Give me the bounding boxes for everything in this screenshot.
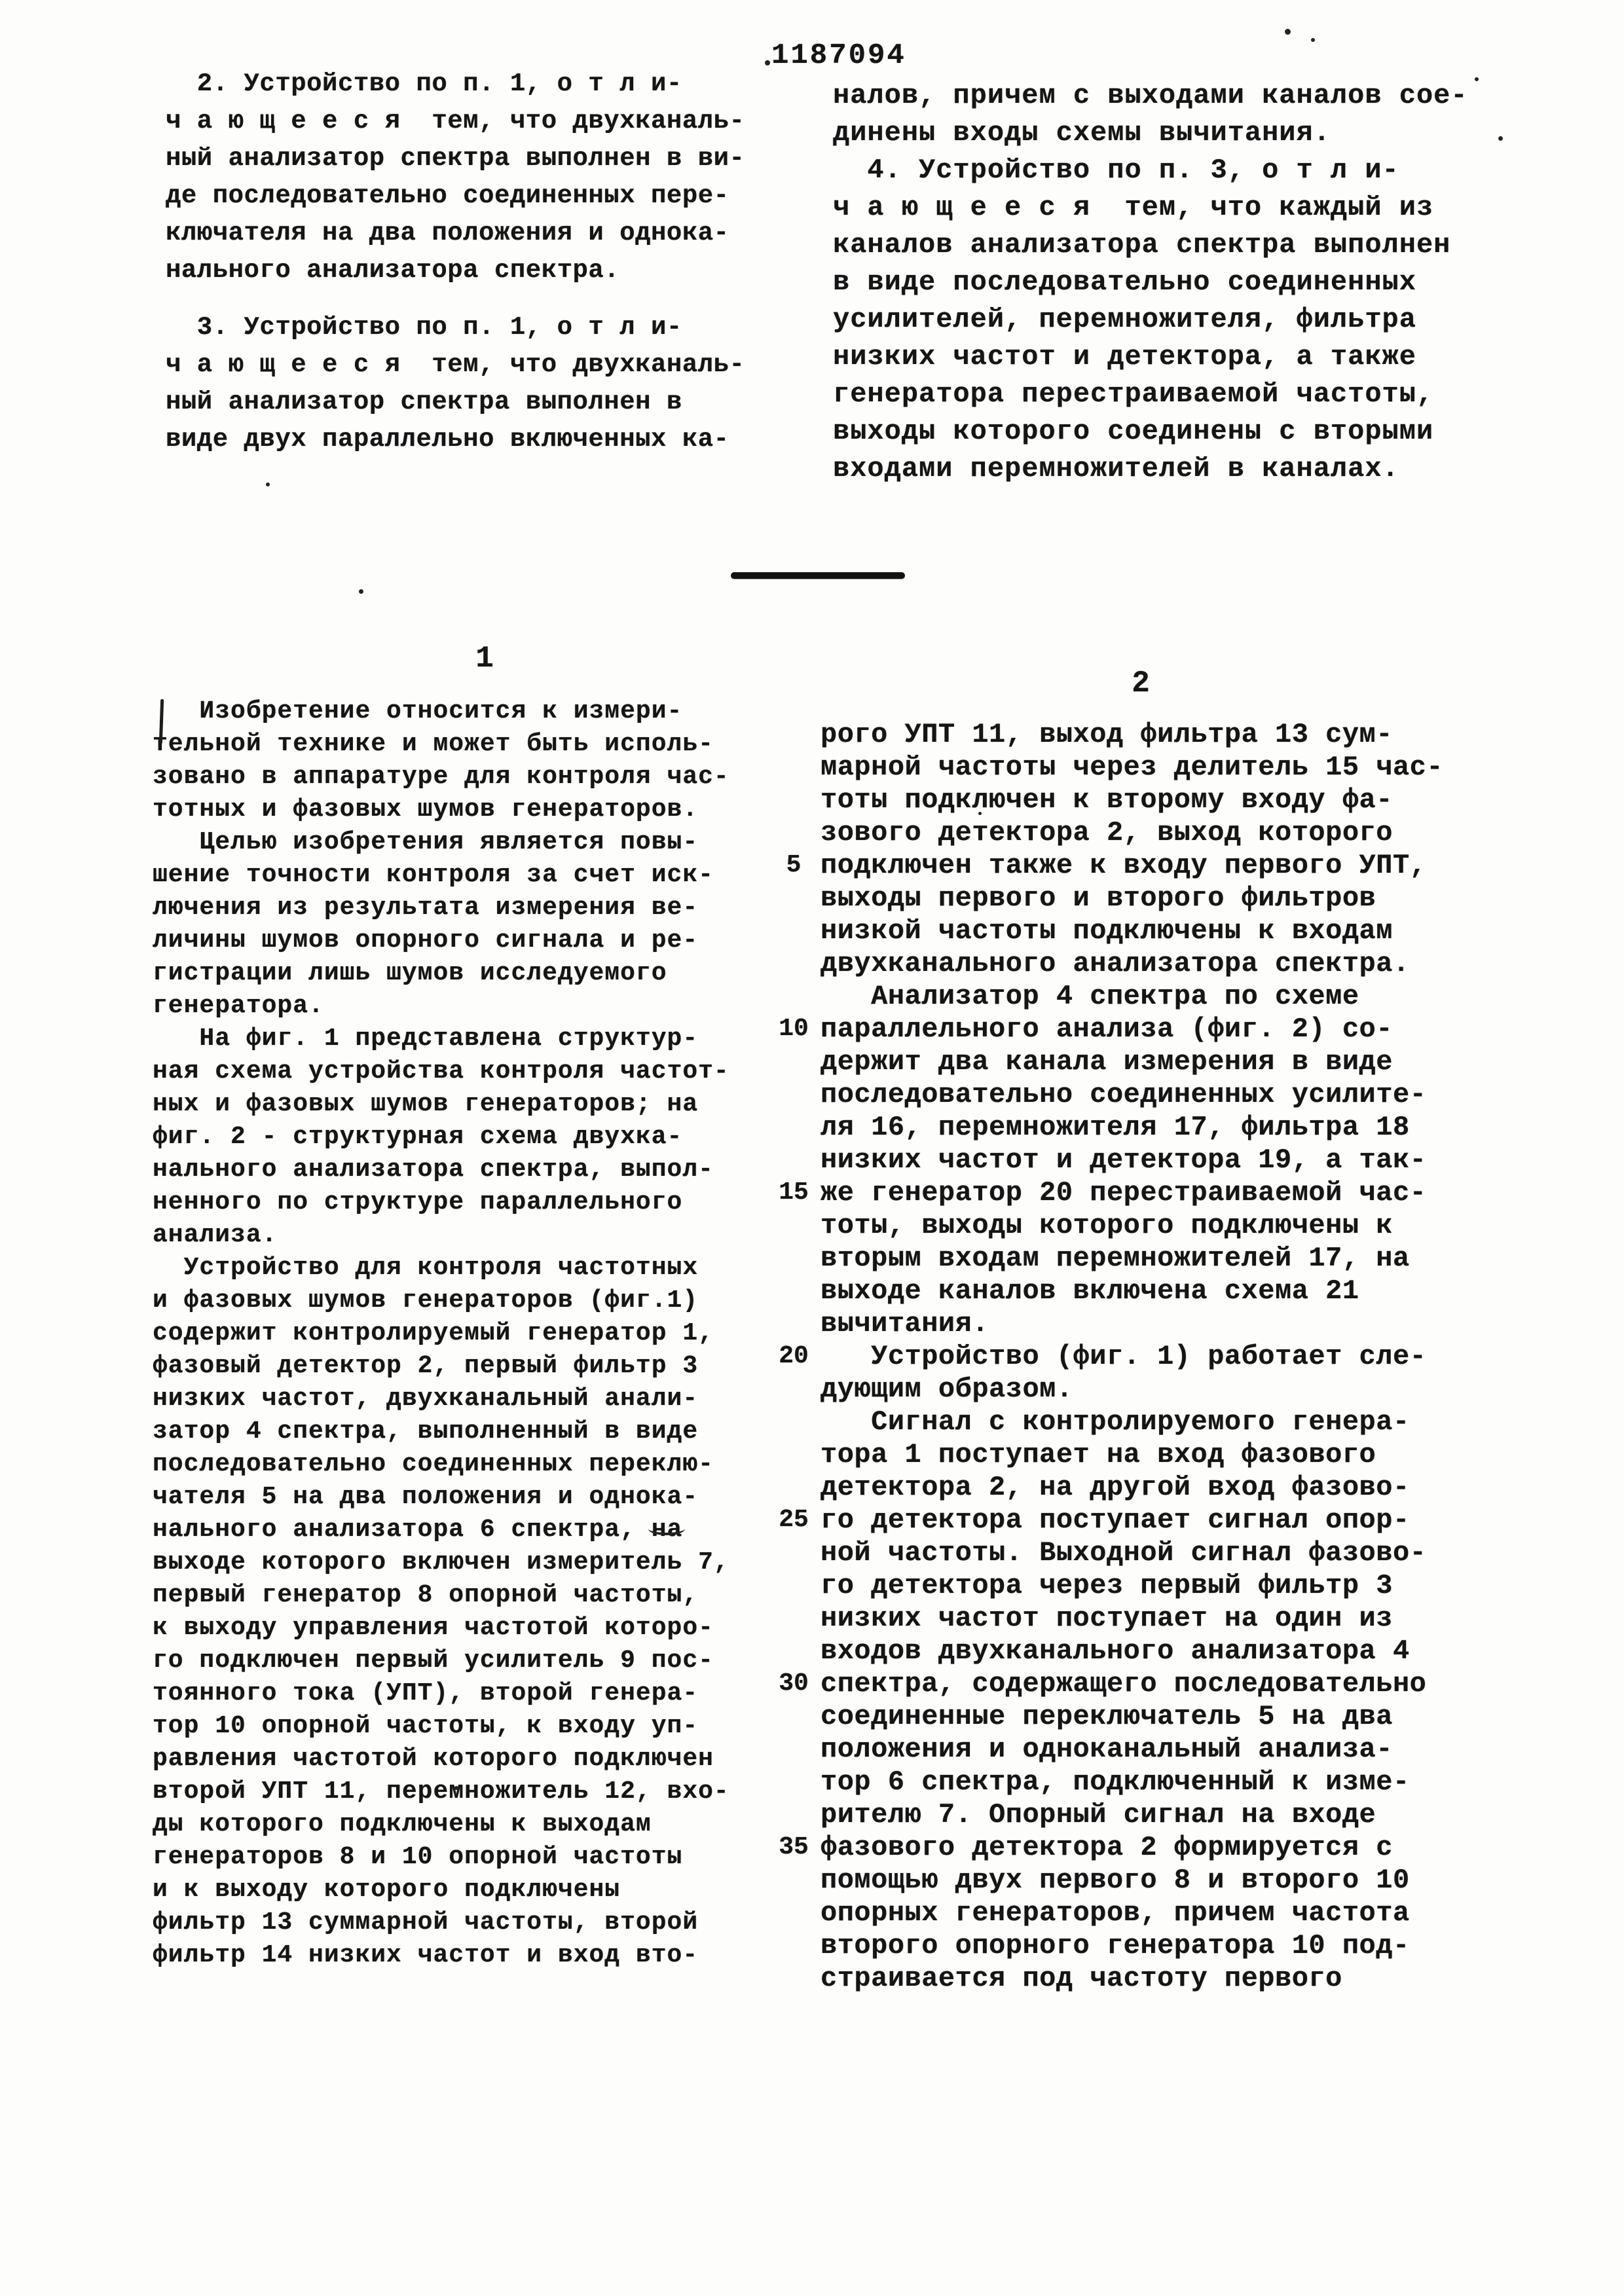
gutter-number: 5 bbox=[761, 850, 826, 881]
gutter-number: 15 bbox=[761, 1177, 826, 1209]
text-line: фазовый детектор 2, первый фильтр 3 bbox=[153, 1350, 762, 1383]
description-right-column: рого УПТ 11, выход фильтра 13 сум-марной… bbox=[821, 718, 1475, 1995]
ink-speck bbox=[978, 812, 982, 815]
text-line: тоты, выходы которого подключены к bbox=[821, 1209, 1475, 1242]
text-line: налов, причем с выходами каналов сое- bbox=[833, 77, 1481, 115]
text-line: страивается под частоту первого bbox=[821, 1962, 1475, 1995]
ink-speck bbox=[1475, 77, 1479, 81]
text-line: низких частот поступает на один из bbox=[821, 1602, 1475, 1635]
text-line: ля 16, перемножителя 17, фильтра 18 bbox=[821, 1111, 1475, 1144]
text-line: дующим образом. bbox=[821, 1373, 1475, 1406]
text-line: к выходу управления частотой которо- bbox=[153, 1612, 762, 1645]
text-line: низких частот и детектора 19, а так- bbox=[821, 1144, 1475, 1176]
text-line: тор 6 спектра, подключенный к изме- bbox=[821, 1766, 1475, 1798]
text-line: затор 4 спектра, выполненный в виде bbox=[153, 1415, 762, 1448]
text-line: ной частоты. Выходной сигнал фазово- bbox=[821, 1537, 1475, 1569]
text-line: го детектора поступает сигнал опор- bbox=[821, 1504, 1475, 1537]
text-line: фильтр 14 низких частот и вход вто- bbox=[153, 1939, 762, 1972]
text-line: Целью изобретения является повы- bbox=[153, 826, 762, 859]
text-line: Анализатор 4 спектра по схеме bbox=[821, 980, 1475, 1013]
text-line: зовано в аппаратуре для контроля час- bbox=[153, 761, 762, 793]
text-line: низких частот, двухканальный анали- bbox=[153, 1383, 762, 1415]
text-line: детектора 2, на другой вход фазово- bbox=[821, 1471, 1475, 1504]
text-line: го подключен первый усилитель 9 пос- bbox=[153, 1645, 762, 1677]
ink-speck bbox=[266, 483, 270, 486]
text-line: шение точности контроля за счет иск- bbox=[153, 859, 762, 892]
gutter-number: 10 bbox=[761, 1013, 826, 1045]
patent-number: 1187094 bbox=[771, 39, 906, 72]
text-line: зового детектора 2, выход которого bbox=[821, 816, 1475, 849]
text-line: вторым входам перемножителей 17, на bbox=[821, 1242, 1475, 1275]
description-left-column: Изобретение относится к измери-тельной т… bbox=[153, 695, 762, 1972]
text-line: второй УПТ 11, перемножитель 12, вхо- bbox=[153, 1776, 762, 1808]
text-line: опорных генераторов, причем частота bbox=[821, 1897, 1475, 1929]
text-line: нального анализатора спектра. bbox=[166, 252, 775, 289]
text-line bbox=[166, 289, 775, 309]
text-line: соединенные переключатель 5 на два bbox=[821, 1700, 1475, 1733]
text-line: Устройство (фиг. 1) работает сле- bbox=[821, 1340, 1475, 1373]
text-line: положения и одноканальный анализа- bbox=[821, 1733, 1475, 1766]
text-line: выходы первого и второго фильтров bbox=[821, 882, 1475, 915]
text-line: держит два канала измерения в виде bbox=[821, 1046, 1475, 1078]
text-line: тотных и фазовых шумов генераторов. bbox=[153, 793, 762, 826]
text-line: ный анализатор спектра выполнен в ви- bbox=[166, 140, 775, 177]
text-line: генератора. bbox=[153, 990, 762, 1023]
text-line: На фиг. 1 представлена структур- bbox=[153, 1023, 762, 1055]
text-line: ч а ю щ е е с я тем, что каждый из bbox=[833, 189, 1481, 227]
text-line: равления частотой которого подключен bbox=[153, 1743, 762, 1776]
text-line: гистрации лишь шумов исследуемого bbox=[153, 957, 762, 990]
text-line: анализа. bbox=[153, 1219, 762, 1252]
text-line: входов двухканального анализатора 4 bbox=[821, 1635, 1475, 1667]
ink-speck bbox=[359, 589, 363, 594]
text-line: марной частоты через делитель 15 час- bbox=[821, 751, 1475, 784]
handwritten-mark bbox=[648, 1522, 685, 1535]
text-line: выходе которого включен измеритель 7, bbox=[153, 1546, 762, 1579]
text-line: содержит контролируемый генератор 1, bbox=[153, 1317, 762, 1350]
text-line: Изобретение относится к измери- bbox=[153, 695, 762, 728]
ink-speck bbox=[1311, 38, 1315, 42]
text-line: фильтр 13 суммарной частоты, второй bbox=[153, 1906, 762, 1939]
text-line: генераторов 8 и 10 опорной частоты bbox=[153, 1841, 762, 1874]
text-line: ненного по структуре параллельного bbox=[153, 1186, 762, 1219]
text-line: вычитания. bbox=[821, 1307, 1475, 1340]
text-line: входами перемножителей в каналах. bbox=[833, 450, 1481, 488]
text-line: Устройство для контроля частотных bbox=[153, 1252, 762, 1285]
text-line: 3. Устройство по п. 1, о т л и- bbox=[166, 309, 775, 346]
text-line: же генератор 20 перестраиваемой час- bbox=[821, 1176, 1475, 1209]
text-line: второго опорного генератора 10 под- bbox=[821, 1929, 1475, 1962]
text-line: низкой частоты подключены к входам bbox=[821, 915, 1475, 947]
text-line: рителю 7. Опорный сигнал на входе bbox=[821, 1798, 1475, 1831]
text-line: Сигнал с контролируемого генера- bbox=[821, 1406, 1475, 1438]
text-line: выходы которого соединены с вторыми bbox=[833, 413, 1481, 450]
claims-right-column: налов, причем с выходами каналов сое-дин… bbox=[833, 77, 1481, 488]
text-line: 2. Устройство по п. 1, о т л и- bbox=[166, 65, 775, 103]
ink-speck bbox=[454, 1786, 458, 1790]
text-line: тоянного тока (УПТ), второй генера- bbox=[153, 1677, 762, 1710]
text-line: двухканального анализатора спектра. bbox=[821, 947, 1475, 980]
text-line: каналов анализатора спектра выполнен bbox=[833, 227, 1481, 264]
text-line: выходе каналов включена схема 21 bbox=[821, 1275, 1475, 1307]
ink-speck bbox=[1285, 29, 1291, 35]
gutter-number: 35 bbox=[761, 1832, 826, 1863]
gutter-number: 20 bbox=[761, 1341, 826, 1372]
gutter-number: 30 bbox=[761, 1668, 826, 1700]
text-line: ный анализатор спектра выполнен в bbox=[166, 384, 775, 421]
ink-speck bbox=[1498, 136, 1503, 141]
text-line: фазового детектора 2 формируется с bbox=[821, 1831, 1475, 1864]
text-line: ч а ю щ е е с я тем, что двухканаль- bbox=[166, 103, 775, 140]
text-line: низких частот и детектора, а также bbox=[833, 338, 1481, 376]
text-line: параллельного анализа (фиг. 2) со- bbox=[821, 1013, 1475, 1046]
text-line: виде двух параллельно включенных ка- bbox=[166, 421, 775, 458]
ink-speck bbox=[765, 60, 770, 65]
text-line: чателя 5 на два положения и однока- bbox=[153, 1481, 762, 1514]
text-line: фиг. 2 - структурная схема двухка- bbox=[153, 1121, 762, 1154]
text-line: го детектора через первый фильтр 3 bbox=[821, 1569, 1475, 1602]
text-line: генератора перестраиваемой частоты, bbox=[833, 376, 1481, 413]
patent-page: 1187094 2. Устройство по п. 1, о т л и-ч… bbox=[0, 0, 1624, 2296]
text-line: ных и фазовых шумов генераторов; на bbox=[153, 1088, 762, 1121]
text-line: нального анализатора спектра, выпол- bbox=[153, 1154, 762, 1186]
section-divider bbox=[731, 572, 905, 579]
text-line: ды которого подключены к выходам bbox=[153, 1808, 762, 1841]
text-line: усилителей, перемножителя, фильтра bbox=[833, 301, 1481, 338]
text-line: ключателя на два положения и однока- bbox=[166, 215, 775, 252]
text-line: первый генератор 8 опорной частоты, bbox=[153, 1579, 762, 1612]
text-line: рого УПТ 11, выход фильтра 13 сум- bbox=[821, 718, 1475, 751]
text-line: тор 10 опорной частоты, к входу уп- bbox=[153, 1710, 762, 1743]
text-line: спектра, содержащего последовательно bbox=[821, 1667, 1475, 1700]
text-line: де последовательно соединенных пере- bbox=[166, 177, 775, 215]
text-line: динены входы схемы вычитания. bbox=[833, 115, 1481, 152]
text-line: и к выходу которого подключены bbox=[153, 1874, 762, 1906]
text-line: в виде последовательно соединенных bbox=[833, 264, 1481, 301]
gutter-number: 25 bbox=[761, 1504, 826, 1536]
text-line: тоты подключен к второму входу фа- bbox=[821, 784, 1475, 816]
text-line: 4. Устройство по п. 3, о т л и- bbox=[833, 152, 1481, 189]
text-line: ная схема устройства контроля частот- bbox=[153, 1055, 762, 1088]
text-line: тельной технике и может быть исполь- bbox=[153, 728, 762, 761]
text-line: и фазовых шумов генераторов (фиг.1) bbox=[153, 1285, 762, 1317]
text-line: личины шумов опорного сигнала и ре- bbox=[153, 924, 762, 957]
text-line: ч а ю щ е е с я тем, что двухканаль- bbox=[166, 346, 775, 384]
text-line: лючения из результата измерения ве- bbox=[153, 892, 762, 924]
text-line: подключен также к входу первого УПТ, bbox=[821, 849, 1475, 882]
text-line: тора 1 поступает на вход фазового bbox=[821, 1438, 1475, 1471]
column-number-2: 2 bbox=[1121, 665, 1160, 702]
column-number-1: 1 bbox=[465, 640, 504, 677]
text-line: последовательно соединенных усилите- bbox=[821, 1078, 1475, 1111]
text-line: последовательно соединенных переклю- bbox=[153, 1448, 762, 1481]
text-line: помощью двух первого 8 и второго 10 bbox=[821, 1864, 1475, 1897]
claims-left-column: 2. Устройство по п. 1, о т л и-ч а ю щ е… bbox=[166, 65, 775, 458]
